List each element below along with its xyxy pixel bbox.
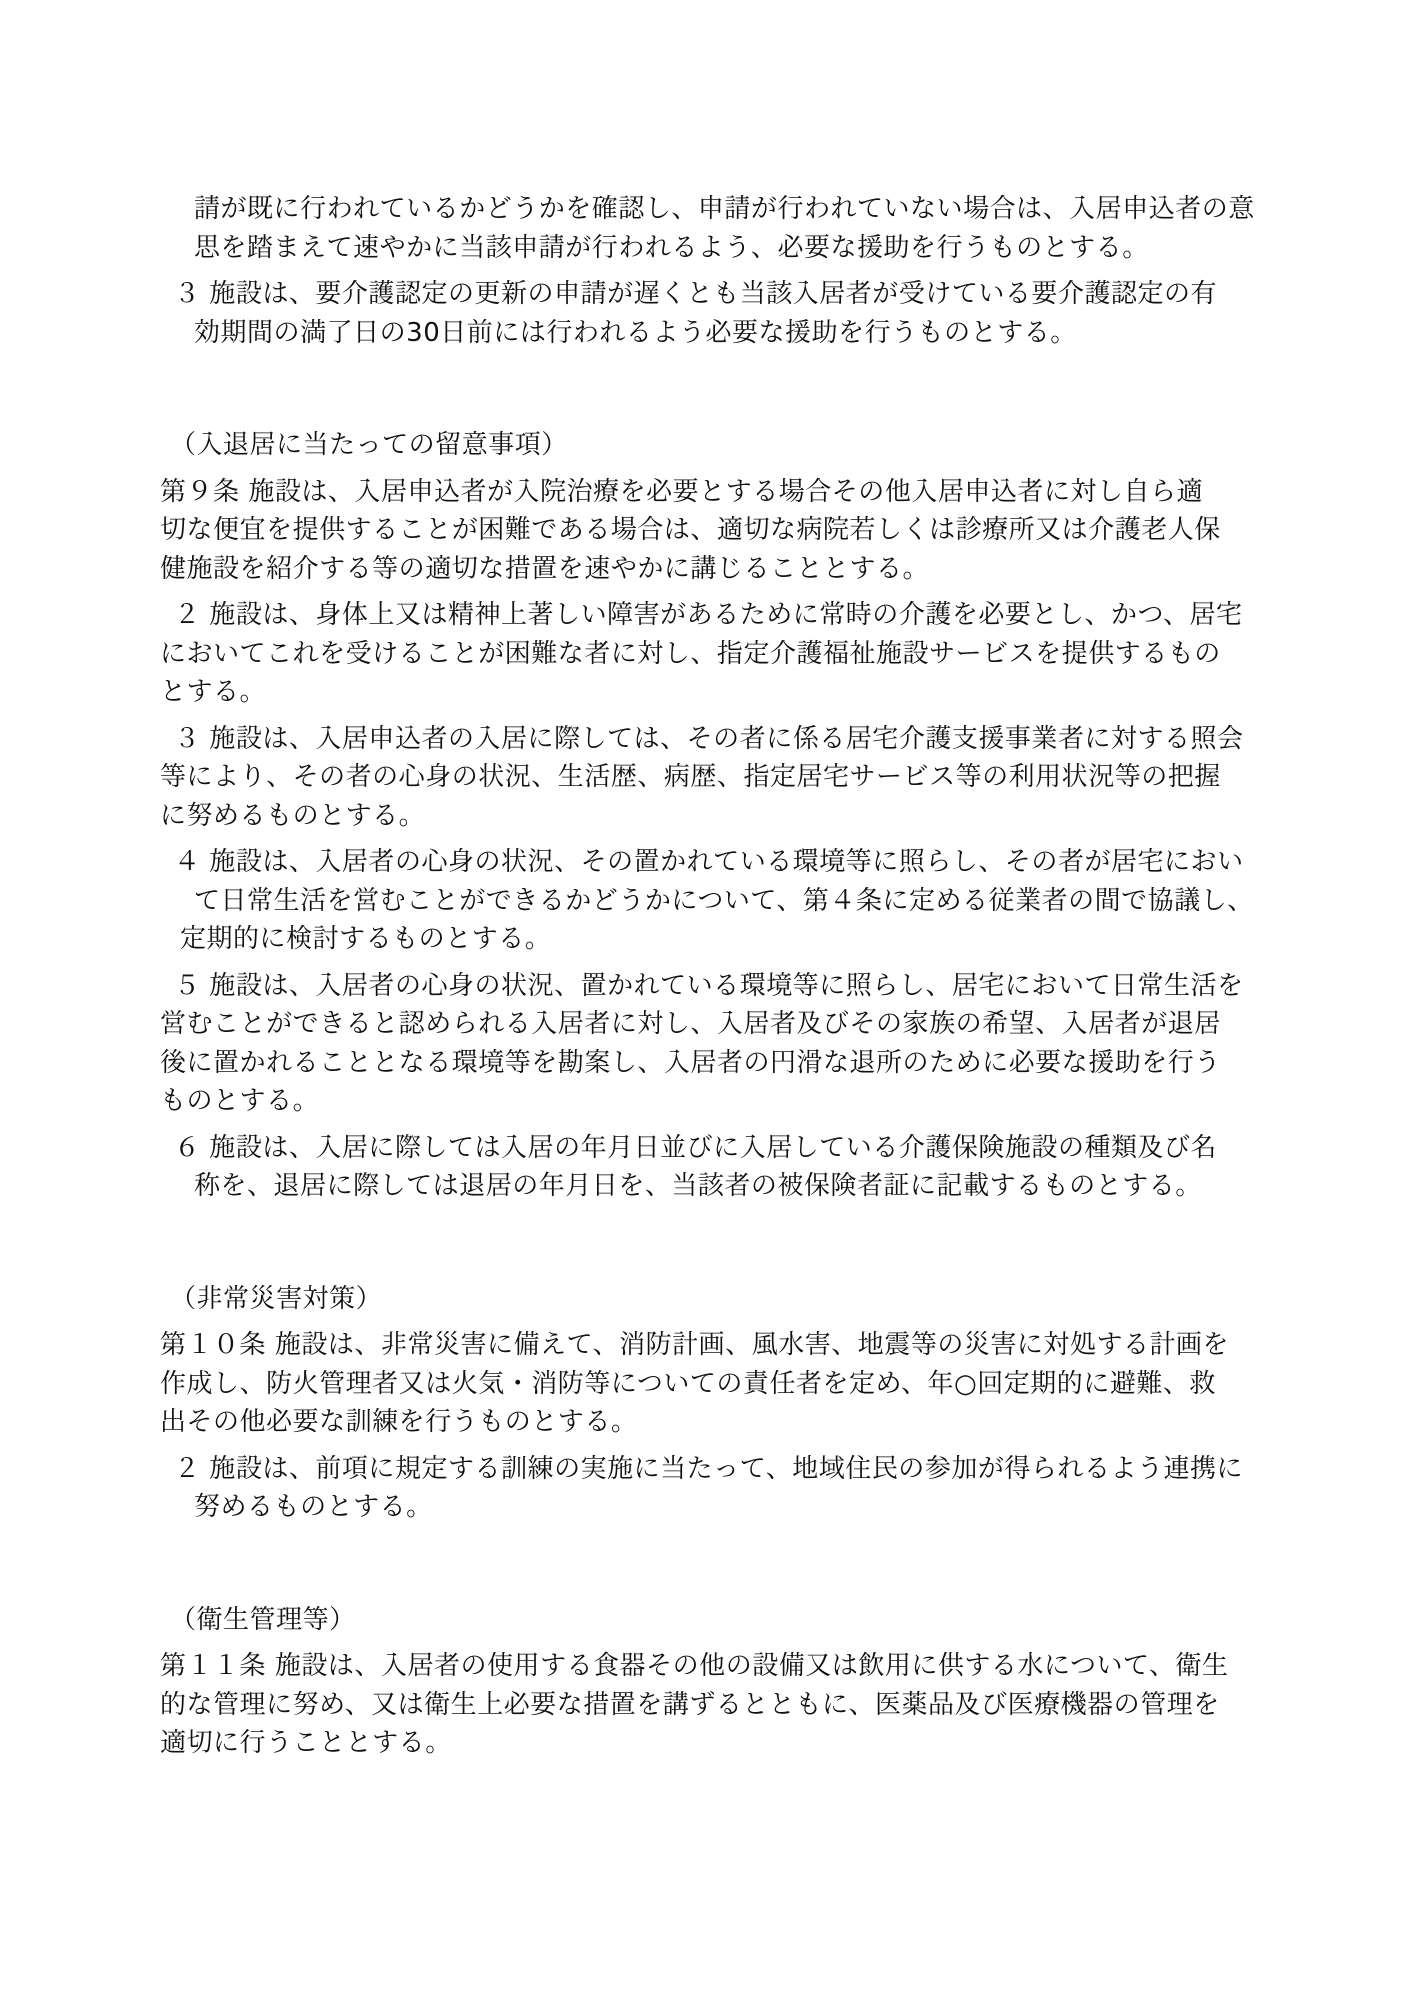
- paragraph-article10-item2: ２ 施設は、前項に規定する訓練の実施に当たって、地域住民の参加が得られるよう連携…: [160, 1450, 1264, 1527]
- text-line: 健施設を紹介する等の適切な措置を速やかに講じることとする。: [160, 550, 1264, 589]
- paragraph-article9-item4: ４ 施設は、入居者の心身の状況、その置かれている環境等に照らし、その者が居宅にお…: [160, 843, 1264, 959]
- paragraph-article9-item5: ５ 施設は、入居者の心身の状況、置かれている環境等に照らし、居宅において日常生活…: [160, 967, 1264, 1121]
- text-line: においてこれを受けることが困難な者に対し、指定介護福祉施設サービスを提供するもの: [160, 635, 1264, 674]
- text-line: 称を、退居に際しては退居の年月日を、当該者の被保険者証に記載するものとする。: [160, 1167, 1264, 1206]
- text-line: ５ 施設は、入居者の心身の状況、置かれている環境等に照らし、居宅において日常生活…: [160, 967, 1264, 1006]
- text-line: 等により、その者の心身の状況、生活歴、病歴、指定居宅サービス等の利用状況等の把握: [160, 758, 1264, 797]
- paragraph-article10: 第１０条 施設は、非常災害に備えて、消防計画、風水害、地震等の災害に対処する計画…: [160, 1326, 1264, 1442]
- text-line: ２ 施設は、身体上又は精神上著しい障害があるために常時の介護を必要とし、かつ、居…: [160, 596, 1264, 635]
- text-line: 切な便宜を提供することが困難である場合は、適切な病院若しくは診療所又は介護老人保: [160, 511, 1264, 550]
- heading-text: （衛生管理等）: [170, 1601, 1264, 1640]
- paragraph-article9-item3: ３ 施設は、入居申込者の入居に際しては、その者に係る居宅介護支援事業者に対する照…: [160, 720, 1264, 836]
- text-line: 後に置かれることとなる環境等を勘案し、入居者の円滑な退所のために必要な援助を行う: [160, 1044, 1264, 1083]
- section-heading-eisei: （衛生管理等）: [160, 1601, 1264, 1640]
- heading-text: （入退居に当たっての留意事項）: [170, 426, 1264, 465]
- text-line: 第１０条 施設は、非常災害に備えて、消防計画、風水害、地震等の災害に対処する計画…: [160, 1326, 1264, 1365]
- text-line: 作成し、防火管理者又は火気・消防等についての責任者を定め、年○回定期的に避難、救: [160, 1365, 1264, 1404]
- text-line: て日常生活を営むことができるかどうかについて、第４条に定める従業者の間で協議し、: [160, 882, 1264, 921]
- text-line: 思を踏まえて速やかに当該申請が行われるよう、必要な援助を行うものとする。: [160, 229, 1264, 268]
- text-line: 第１１条 施設は、入居者の使用する食器その他の設備又は飲用に供する水について、衛…: [160, 1647, 1264, 1686]
- heading-text: （非常災害対策）: [170, 1280, 1264, 1319]
- paragraph-article9: 第９条 施設は、入居申込者が入院治療を必要とする場合その他入居申込者に対し自ら適…: [160, 473, 1264, 589]
- text-line: ２ 施設は、前項に規定する訓練の実施に当たって、地域住民の参加が得られるよう連携…: [160, 1450, 1264, 1489]
- text-line: 第９条 施設は、入居申込者が入院治療を必要とする場合その他入居申込者に対し自ら適: [160, 473, 1264, 512]
- text-line: ３ 施設は、入居申込者の入居に際しては、その者に係る居宅介護支援事業者に対する照…: [160, 720, 1264, 759]
- text-line: とする。: [160, 673, 1264, 712]
- text-line: 適切に行うこととする。: [160, 1724, 1264, 1763]
- text-line: 請が既に行われているかどうかを確認し、申請が行われていない場合は、入居申込者の意: [160, 190, 1264, 229]
- text-line: 営むことができると認められる入居者に対し、入居者及びその家族の希望、入居者が退居: [160, 1005, 1264, 1044]
- text-line: ４ 施設は、入居者の心身の状況、その置かれている環境等に照らし、その者が居宅にお…: [160, 843, 1264, 882]
- paragraph-item3-prev: ３ 施設は、要介護認定の更新の申請が遅くとも当該入居者が受けている要介護認定の有…: [160, 275, 1264, 352]
- text-line: ３ 施設は、要介護認定の更新の申請が遅くとも当該入居者が受けている要介護認定の有: [160, 275, 1264, 314]
- text-line: ものとする。: [160, 1082, 1264, 1121]
- text-line: に努めるものとする。: [160, 797, 1264, 836]
- text-line: 的な管理に努め、又は衛生上必要な措置を講ずるとともに、医薬品及び医療機器の管理を: [160, 1686, 1264, 1725]
- text-line: 努めるものとする。: [160, 1488, 1264, 1527]
- paragraph-carryover: 請が既に行われているかどうかを確認し、申請が行われていない場合は、入居申込者の意…: [160, 190, 1264, 267]
- paragraph-article9-item6: ６ 施設は、入居に際しては入居の年月日並びに入居している介護保険施設の種類及び名…: [160, 1129, 1264, 1206]
- section-heading-hijosaigai: （非常災害対策）: [160, 1280, 1264, 1319]
- text-line: ６ 施設は、入居に際しては入居の年月日並びに入居している介護保険施設の種類及び名: [160, 1129, 1264, 1168]
- text-line: 効期間の満了日の30日前には行われるよう必要な援助を行うものとする。: [160, 314, 1264, 353]
- paragraph-article9-item2: ２ 施設は、身体上又は精神上著しい障害があるために常時の介護を必要とし、かつ、居…: [160, 596, 1264, 712]
- text-line: 出その他必要な訓練を行うものとする。: [160, 1403, 1264, 1442]
- section-heading-nyutaikyo: （入退居に当たっての留意事項）: [160, 426, 1264, 465]
- document-page: 請が既に行われているかどうかを確認し、申請が行われていない場合は、入居申込者の意…: [0, 0, 1414, 2000]
- paragraph-article11: 第１１条 施設は、入居者の使用する食器その他の設備又は飲用に供する水について、衛…: [160, 1647, 1264, 1763]
- text-line: 定期的に検討するものとする。: [160, 920, 1264, 959]
